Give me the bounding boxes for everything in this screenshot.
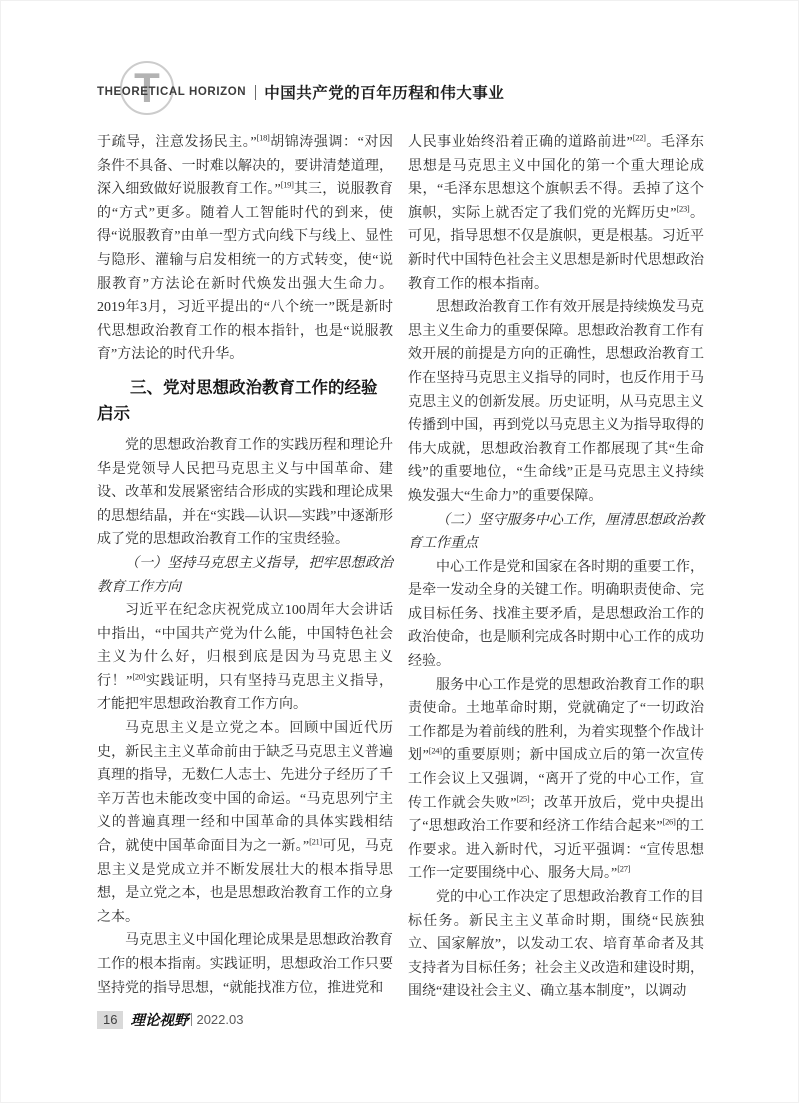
paragraph: 中心工作是党和国家在各时期的重要工作，是牵一发动全身的关键工作。明确职责使命、完…	[408, 556, 704, 674]
header-divider	[255, 85, 256, 100]
subsection-heading: （一）坚持马克思主义指导，把牢思想政治教育工作方向	[97, 552, 393, 599]
page-number: 16	[97, 1011, 123, 1029]
citation-ref: [22]	[633, 132, 646, 142]
citation-ref: [21]	[309, 836, 322, 846]
page-footer: 16 理论视野 2022.03	[97, 1009, 243, 1030]
left-text-column: 于疏导，注意发扬民主。”[18]胡锦涛强调：“对因条件不具备、一时难以解决的，要…	[97, 131, 393, 1000]
section-heading: 三、党对思想政治教育工作的经验启示	[97, 375, 393, 427]
paragraph: 服务中心工作是党的思想政治教育工作的职责使命。土地革命时期，党就确定了“一切政治…	[408, 674, 704, 886]
paragraph: 习近平在纪念庆祝党成立100周年大会讲话中指出，“中国共产党为什么能，中国特色社…	[97, 599, 393, 717]
page-header: T THEORETICAL HORIZON 中国共产党的百年历程和伟大事业	[1, 1, 798, 121]
citation-ref: [23]	[676, 203, 689, 213]
issue-date: 2022.03	[196, 1012, 243, 1027]
paragraph: 人民事业始终沿着正确的道路前进”[22]。毛泽东思想是马克思主义中国化的第一个重…	[408, 131, 704, 296]
citation-ref: [25]	[516, 793, 529, 803]
citation-ref: [27]	[617, 864, 630, 874]
section-title: 中国共产党的百年历程和伟大事业	[264, 81, 504, 103]
journal-page: T THEORETICAL HORIZON 中国共产党的百年历程和伟大事业 于疏…	[0, 0, 799, 1103]
journal-name-english: THEORETICAL HORIZON	[97, 86, 246, 98]
footer-divider	[191, 1013, 192, 1026]
paragraph: 思想政治教育工作有效开展是持续焕发马克思主义生命力的重要保障。思想政治教育工作有…	[408, 296, 704, 508]
citation-ref: [26]	[663, 817, 676, 827]
citation-ref: [24]	[429, 746, 442, 756]
right-text-column: 人民事业始终沿着正确的道路前进”[22]。毛泽东思想是马克思主义中国化的第一个重…	[408, 131, 704, 1004]
paragraph: 马克思主义中国化理论成果是思想政治教育工作的根本指南。实践证明，思想政治工作只要…	[97, 929, 393, 1000]
paragraph: 于疏导，注意发扬民主。”[18]胡锦涛强调：“对因条件不具备、一时难以解决的，要…	[97, 131, 393, 367]
paragraph: 党的思想政治教育工作的实践历程和理论升华是党领导人民把马克思主义与中国革命、建设…	[97, 434, 393, 552]
paragraph: 党的中心工作决定了思想政治教育工作的目标任务。新民主主义革命时期，围绕“民族独立…	[408, 886, 704, 1004]
journal-name-chinese: 理论视野	[130, 1009, 188, 1030]
citation-ref: [19]	[281, 180, 294, 190]
subsection-heading: （二）坚守服务中心工作，厘清思想政治教育工作重点	[408, 509, 704, 556]
citation-ref: [18]	[257, 132, 270, 142]
header-row: THEORETICAL HORIZON 中国共产党的百年历程和伟大事业	[97, 81, 504, 103]
citation-ref: [20]	[132, 671, 145, 681]
paragraph: 马克思主义是立党之本。回顾中国近代历史，新民主主义革命前由于缺乏马克思主义普遍真…	[97, 717, 393, 929]
